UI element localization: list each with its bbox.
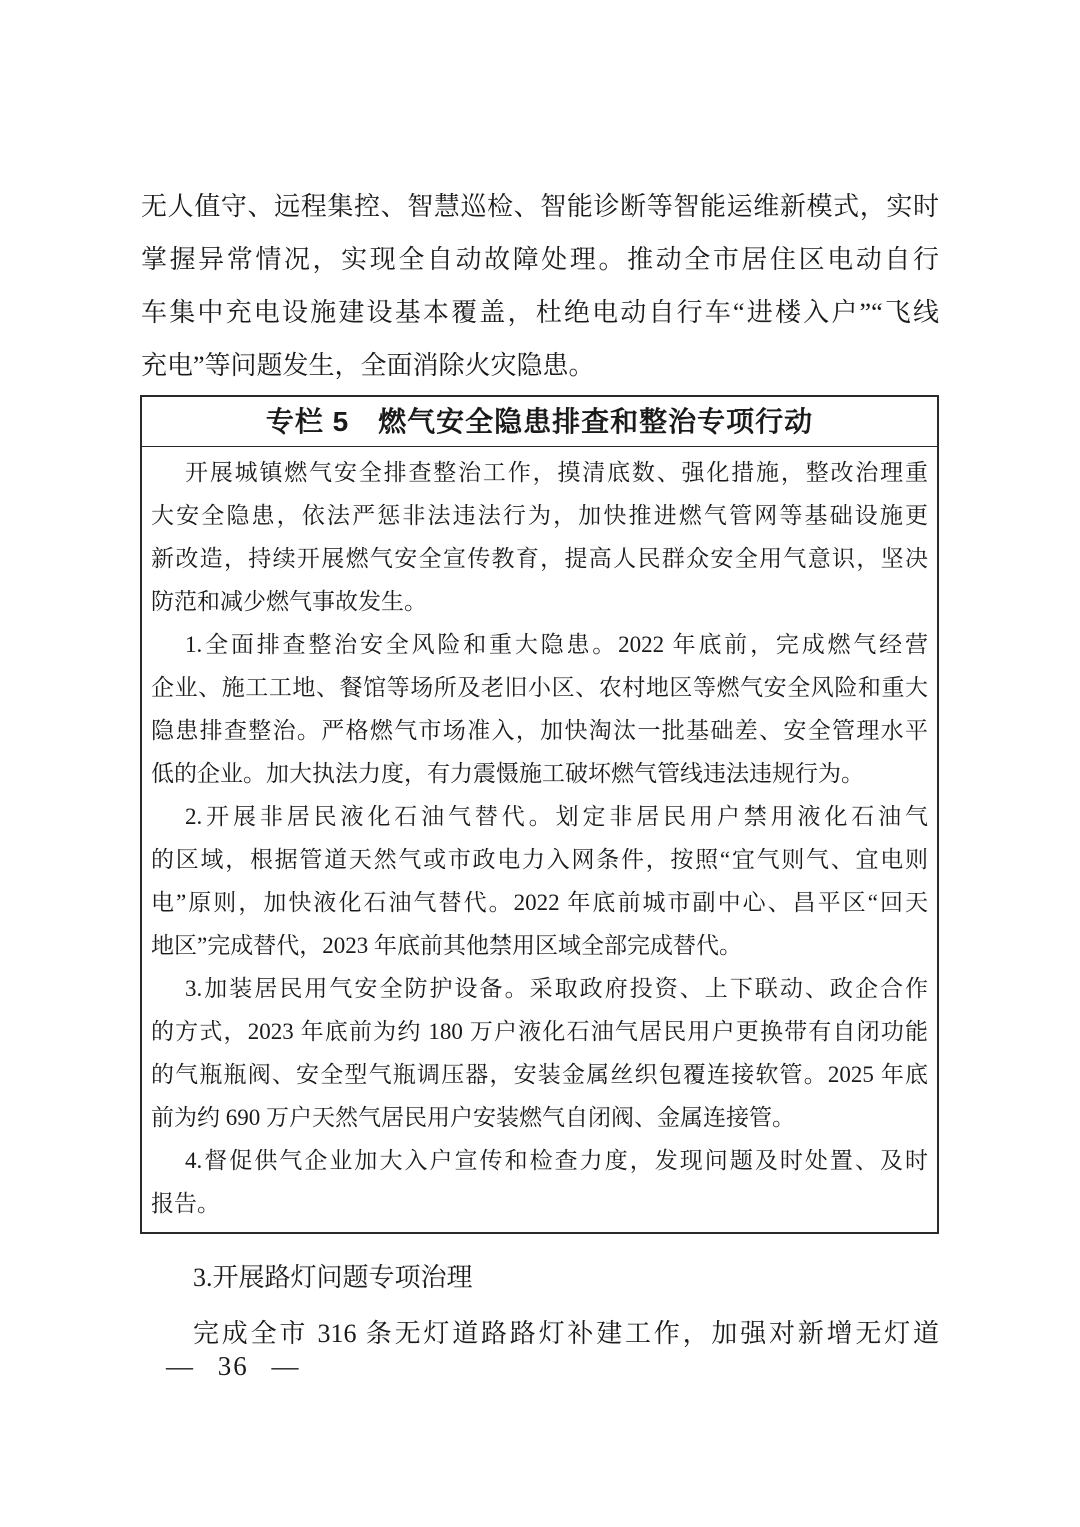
text-line: 的方式，2023 年底前为约 180 万户液化石油气居民用户更换带有自闭功能 bbox=[151, 1010, 928, 1053]
text-line: 完成全市 316 条无灯道路路灯补建工作，加强对新增无灯道 bbox=[141, 1312, 939, 1356]
text-line: 掌握异常情况，实现全自动故障处理。推动全市居住区电动自行 bbox=[141, 233, 939, 286]
text-line: 报告。 bbox=[151, 1182, 928, 1225]
text-line: 3.加装居民用气安全防护设备。采取政府投资、上下联动、政企合作 bbox=[151, 967, 928, 1010]
section-heading: 3.开展路灯问题专项治理 bbox=[141, 1256, 939, 1300]
text-line: 的气瓶瓶阀、安全型气瓶调压器，安装金属丝织包覆连接软管。2025 年底 bbox=[151, 1053, 928, 1096]
text-line: 开展城镇燃气安全排查整治工作，摸清底数、强化措施，整改治理重 bbox=[151, 451, 928, 494]
text-line: 充电”等问题发生，全面消除火灾隐患。 bbox=[141, 339, 939, 392]
text-line: 车集中充电设施建设基本覆盖，杜绝电动自行车“进楼入户”“飞线 bbox=[141, 286, 939, 339]
box-body: 开展城镇燃气安全排查整治工作，摸清底数、强化措施，整改治理重大安全隐患，依法严惩… bbox=[142, 447, 937, 1232]
page-number: — 36 — bbox=[166, 1351, 301, 1382]
text-line: 4.督促供气企业加大入户宣传和检查力度，发现问题及时处置、及时 bbox=[151, 1139, 928, 1182]
intro-paragraph: 无人值守、远程集控、智慧巡检、智能诊断等智能运维新模式，实时掌握异常情况，实现全… bbox=[141, 180, 939, 392]
text-line: 地区”完成替代，2023 年底前其他禁用区域全部完成替代。 bbox=[151, 924, 928, 967]
text-line: 新改造，持续开展燃气安全宣传教育，提高人民群众安全用气意识，坚决 bbox=[151, 537, 928, 580]
body-paragraph: 完成全市 316 条无灯道路路灯补建工作，加强对新增无灯道 bbox=[141, 1312, 939, 1356]
text-line: 前为约 690 万户天然气居民用户安装燃气自闭阀、金属连接管。 bbox=[151, 1096, 928, 1139]
text-line: 2.开展非居民液化石油气替代。划定非居民用户禁用液化石油气 bbox=[151, 795, 928, 838]
text-line: 低的企业。加大执法力度，有力震慑施工破坏燃气管线违法违规行为。 bbox=[151, 752, 928, 795]
text-line: 防范和减少燃气事故发生。 bbox=[151, 580, 928, 623]
text-line: 隐患排查整治。严格燃气市场准入，加快淘汰一批基础差、安全管理水平 bbox=[151, 709, 928, 752]
document-page: 无人值守、远程集控、智慧巡检、智能诊断等智能运维新模式，实时掌握异常情况，实现全… bbox=[0, 0, 1080, 1527]
text-line: 电”原则，加快液化石油气替代。2022 年底前城市副中心、昌平区“回天 bbox=[151, 881, 928, 924]
special-column-box: 专栏 5 燃气安全隐患排查和整治专项行动 开展城镇燃气安全排查整治工作，摸清底数… bbox=[140, 395, 939, 1234]
box-title: 专栏 5 燃气安全隐患排查和整治专项行动 bbox=[142, 397, 937, 447]
text-line: 1.全面排查整治安全风险和重大隐患。2022 年底前，完成燃气经营 bbox=[151, 623, 928, 666]
text-line: 企业、施工工地、餐馆等场所及老旧小区、农村地区等燃气安全风险和重大 bbox=[151, 666, 928, 709]
text-line: 无人值守、远程集控、智慧巡检、智能诊断等智能运维新模式，实时 bbox=[141, 180, 939, 233]
text-line: 大安全隐患，依法严惩非法违法行为，加快推进燃气管网等基础设施更 bbox=[151, 494, 928, 537]
text-line: 的区域，根据管道天然气或市政电力入网条件，按照“宜气则气、宜电则 bbox=[151, 838, 928, 881]
